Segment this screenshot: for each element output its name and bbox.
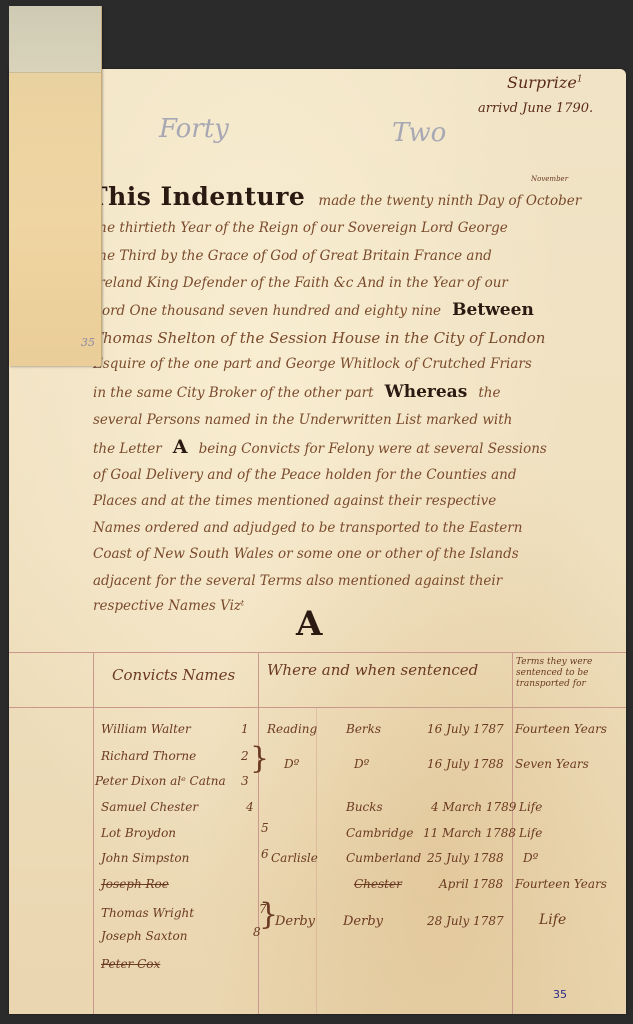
cell-date: 16 July 1787 xyxy=(427,722,504,736)
body-line-8-end: the xyxy=(478,385,500,401)
cell-num: 1 xyxy=(241,722,249,736)
cell-date: 25 July 1788 xyxy=(427,851,504,865)
ship-name: Surprize xyxy=(507,73,577,92)
cell-name: Samuel Chester xyxy=(101,800,198,814)
ship-annotation: Surprize1 xyxy=(507,73,583,92)
body-line-10-start: the Letter xyxy=(93,441,162,457)
body-line-6: Thomas Shelton of the Session House in t… xyxy=(93,329,545,347)
body-line-7: Esquire of the one part and George Whitl… xyxy=(93,356,532,372)
cell-date: 16 July 1788 xyxy=(427,757,504,771)
body-line-9: several Persons named in the Underwritte… xyxy=(93,412,512,428)
cell-name: Joseph Roe xyxy=(101,877,169,891)
body-line-2: the thirtieth Year of the Reign of our S… xyxy=(93,220,508,236)
table-rule-top xyxy=(9,652,626,653)
cell-place: Derby xyxy=(275,914,315,929)
cell-name: Joseph Saxton xyxy=(101,929,187,943)
list-letter-a: A xyxy=(296,604,322,644)
cell-county: Derby xyxy=(343,914,383,929)
body-line-12: Places and at the times mentioned agains… xyxy=(93,493,496,509)
title-line-rest: made the twenty ninth Day of October xyxy=(318,193,581,209)
header-terms: Terms they were sentenced to be transpor… xyxy=(516,657,616,690)
table-rule-header xyxy=(9,707,626,708)
cell-num: 3 xyxy=(241,774,249,788)
body-line-5-text: Lord One thousand seven hundred and eigh… xyxy=(93,303,441,319)
body-line-4: Ireland King Defender of the Faith &c An… xyxy=(93,275,508,291)
header-convicts-names: Convicts Names xyxy=(112,666,235,684)
body-line-13: Names ordered and adjudged to be transpo… xyxy=(93,520,522,536)
cell-num: 6 xyxy=(261,847,269,861)
folio-number: 35 xyxy=(553,988,567,1001)
tab-folio-pencil: 35 xyxy=(81,336,95,349)
cell-name: Richard Thorne xyxy=(101,749,196,763)
cell-num: 5 xyxy=(261,821,269,835)
body-line-16: respective Names Vizᵗ xyxy=(93,598,244,614)
cell-place: Reading xyxy=(267,722,317,736)
body-line-3: the Third by the Grace of God of Great B… xyxy=(93,248,492,264)
tab-strip-top xyxy=(9,6,101,73)
table-col-rule-1 xyxy=(93,652,94,1014)
cell-name: Thomas Wright xyxy=(101,906,194,920)
cell-num: 2 xyxy=(241,749,249,763)
cell-county: Cumberland xyxy=(346,851,421,865)
body-line-11: of Goal Delivery and of the Peace holden… xyxy=(93,467,516,483)
cell-term: Seven Years xyxy=(515,757,589,771)
inline-letter-a: A xyxy=(173,436,188,458)
cell-date: 28 July 1787 xyxy=(427,914,504,928)
cell-county: Berks xyxy=(346,722,381,736)
paper-tab-strip: 35 xyxy=(9,6,102,366)
indenture-title: This Indenture xyxy=(89,182,305,211)
cell-term: Dº xyxy=(523,851,538,865)
cell-place: Carlisle xyxy=(271,851,318,865)
cell-name: John Simpston xyxy=(101,851,189,865)
cell-county: Chester xyxy=(354,877,402,891)
between-word: Between xyxy=(452,300,534,320)
whereas-word: Whereas xyxy=(385,382,468,402)
month-correction: November xyxy=(531,175,568,183)
cell-county: Dº xyxy=(354,757,369,771)
cell-county: Bucks xyxy=(346,800,383,814)
body-line-10: the Letter A being Convicts for Felony w… xyxy=(93,436,547,458)
cell-name: Peter Cox xyxy=(101,957,160,971)
brace-rows-2-3: } xyxy=(250,741,269,776)
body-line-8: in the same City Broker of the other par… xyxy=(93,382,500,402)
cell-term: Life xyxy=(519,800,542,814)
body-line-8-text: in the same City Broker of the other par… xyxy=(93,385,374,401)
cell-term: Fourteen Years xyxy=(515,877,607,891)
arrival-annotation: arrivd June 1790. xyxy=(478,101,593,116)
title-line: This Indenture made the twenty ninth Day… xyxy=(89,182,581,211)
cell-term: Life xyxy=(539,912,566,928)
cell-date: 11 March 1788 xyxy=(423,826,516,840)
body-line-14: Coast of New South Wales or some one or … xyxy=(93,546,519,562)
ship-superscript: 1 xyxy=(577,75,583,85)
cell-term: Life xyxy=(519,826,542,840)
cell-date: 4 March 1789 xyxy=(431,800,516,814)
table-col-rule-2 xyxy=(258,652,259,1014)
header-where-when: Where and when sentenced xyxy=(267,661,478,679)
cell-place: Dº xyxy=(284,757,299,771)
body-line-10-end: being Convicts for Felony were at severa… xyxy=(199,441,547,457)
cell-name: Peter Dixon alᵉ Catna xyxy=(95,774,226,788)
body-line-15: adjacent for the several Terms also ment… xyxy=(93,573,502,589)
pencil-word-forty: Forty xyxy=(159,114,229,144)
pencil-word-two: Two xyxy=(392,118,446,148)
cell-county: Cambridge xyxy=(346,826,413,840)
cell-date: April 1788 xyxy=(439,877,503,891)
cell-name: William Walter xyxy=(101,722,191,736)
cell-name: Lot Broydon xyxy=(101,826,176,840)
cell-term: Fourteen Years xyxy=(515,722,607,736)
body-line-5: Lord One thousand seven hundred and eigh… xyxy=(93,300,534,320)
cell-num: 4 xyxy=(246,800,254,814)
